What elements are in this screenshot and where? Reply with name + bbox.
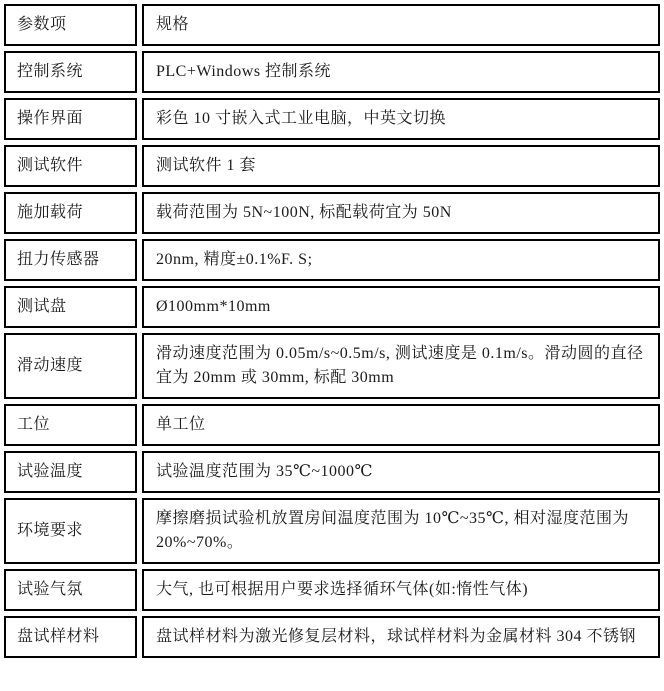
spec-cell: 载荷范围为 5N~100N, 标配载荷宜为 50N — [142, 192, 660, 234]
spec-cell: Ø100mm*10mm — [142, 286, 660, 328]
param-header-cell: 参数项 — [4, 4, 137, 46]
table-row: 测试盘 Ø100mm*10mm — [4, 286, 660, 328]
table-row: 扭力传感器 20nm, 精度±0.1%F. S; — [4, 239, 660, 281]
table-row: 环境要求 摩擦磨损试验机放置房间温度范围为 10℃~35℃, 相对湿度范围为 2… — [4, 498, 660, 564]
param-cell: 工位 — [4, 404, 137, 446]
spec-table: 参数项 规格 控制系统 PLC+Windows 控制系统 操作界面 彩色 10 … — [0, 0, 664, 663]
table-row: 盘试样材料 盘试样材料为激光修复层材料，球试样材料为金属材料 304 不锈钢 — [4, 616, 660, 658]
table-header-row: 参数项 规格 — [4, 4, 660, 46]
param-cell: 盘试样材料 — [4, 616, 137, 658]
param-cell: 扭力传感器 — [4, 239, 137, 281]
param-cell: 环境要求 — [4, 498, 137, 564]
param-cell: 滑动速度 — [4, 333, 137, 399]
table-row: 滑动速度 滑动速度范围为 0.05m/s~0.5m/s, 测试速度是 0.1m/… — [4, 333, 660, 399]
param-cell: 试验气氛 — [4, 569, 137, 611]
spec-cell: 摩擦磨损试验机放置房间温度范围为 10℃~35℃, 相对湿度范围为 20%~70… — [142, 498, 660, 564]
param-cell: 测试软件 — [4, 145, 137, 187]
spec-cell: PLC+Windows 控制系统 — [142, 51, 660, 93]
spec-header-cell: 规格 — [142, 4, 660, 46]
param-cell: 操作界面 — [4, 98, 137, 140]
spec-cell: 单工位 — [142, 404, 660, 446]
table-row: 操作界面 彩色 10 寸嵌入式工业电脑，中英文切换 — [4, 98, 660, 140]
spec-cell: 滑动速度范围为 0.05m/s~0.5m/s, 测试速度是 0.1m/s。滑动圆… — [142, 333, 660, 399]
spec-cell: 彩色 10 寸嵌入式工业电脑，中英文切换 — [142, 98, 660, 140]
table-row: 试验气氛 大气, 也可根据用户要求选择循环气体(如:惰性气体) — [4, 569, 660, 611]
spec-cell: 试验温度范围为 35℃~1000℃ — [142, 451, 660, 493]
spec-cell: 测试软件 1 套 — [142, 145, 660, 187]
spec-cell: 大气, 也可根据用户要求选择循环气体(如:惰性气体) — [142, 569, 660, 611]
table-row: 测试软件 测试软件 1 套 — [4, 145, 660, 187]
param-cell: 控制系统 — [4, 51, 137, 93]
param-cell: 试验温度 — [4, 451, 137, 493]
param-cell: 施加载荷 — [4, 192, 137, 234]
table-row: 工位 单工位 — [4, 404, 660, 446]
spec-cell: 20nm, 精度±0.1%F. S; — [142, 239, 660, 281]
spec-cell: 盘试样材料为激光修复层材料，球试样材料为金属材料 304 不锈钢 — [142, 616, 660, 658]
table-row: 施加载荷 载荷范围为 5N~100N, 标配载荷宜为 50N — [4, 192, 660, 234]
param-cell: 测试盘 — [4, 286, 137, 328]
table-row: 试验温度 试验温度范围为 35℃~1000℃ — [4, 451, 660, 493]
table-row: 控制系统 PLC+Windows 控制系统 — [4, 51, 660, 93]
